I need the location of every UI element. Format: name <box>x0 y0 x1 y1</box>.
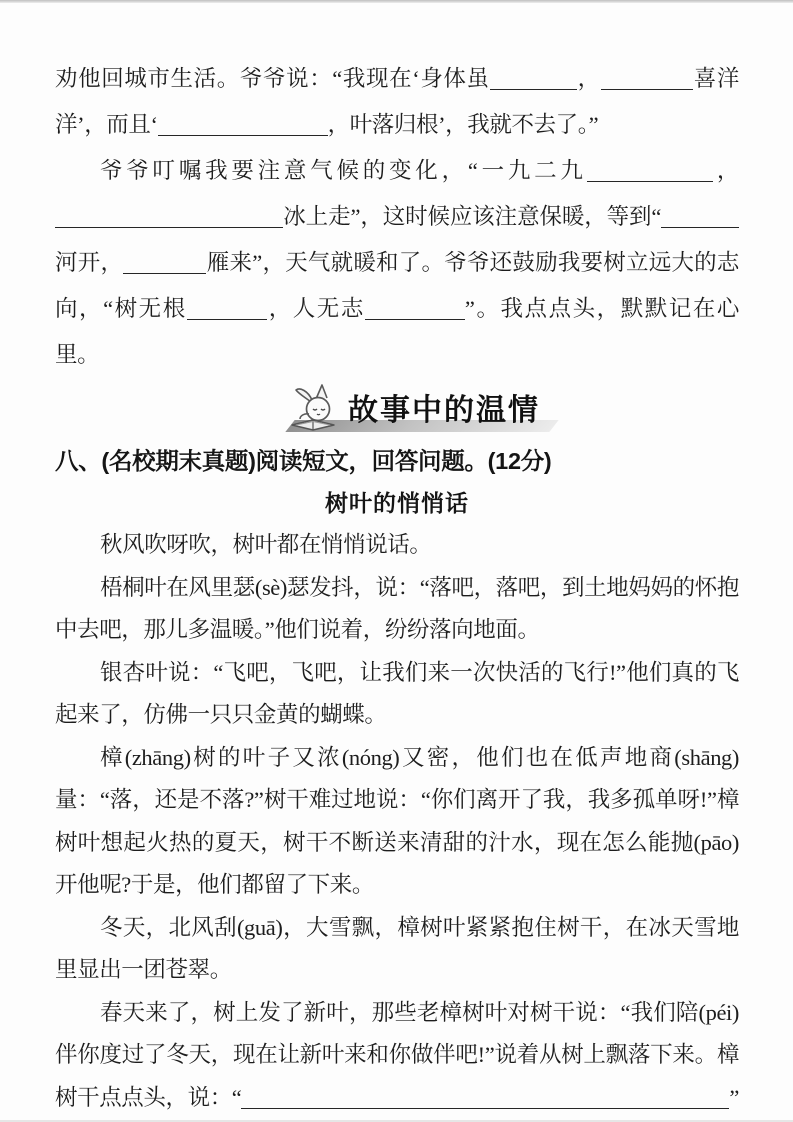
text-run: 河开， <box>55 250 123 275</box>
text-paragraph: 樟(zhāng)树的叶子又浓(nóng)又密，他们也在低声地商(shāng)量：… <box>55 737 739 907</box>
blank-underline <box>241 1106 729 1109</box>
text-paragraph: 春天来了，树上发了新叶，那些老樟树叶对树干说：“我们陪(péi)伴你度过了冬天，… <box>55 992 739 1120</box>
blank-underline <box>365 317 465 320</box>
text-paragraph: 劝他回城市生活。爷爷说：“我现在‘身体虽，喜洋洋’，而且‘，叶落归根’，我就不去… <box>55 56 739 148</box>
text-run: 爷爷叮嘱我要注意气候的变化，“一九二九 <box>100 158 587 183</box>
text-run: 梧桐叶在风里瑟(sè)瑟发抖，说：“落吧，落吧，到土地妈妈的怀抱中去吧，那儿多温… <box>55 575 739 643</box>
reading-passage-section: 秋风吹呀吹，树叶都在悄悄说话。梧桐叶在风里瑟(sè)瑟发抖，说：“落吧，落吧，到… <box>55 524 739 1119</box>
passage-title: 树叶的悄悄话 <box>55 488 739 518</box>
blank-underline <box>601 87 693 90</box>
fill-in-blank-section: 劝他回城市生活。爷爷说：“我现在‘身体虽，喜洋洋’，而且‘，叶落归根’，我就不去… <box>55 0 739 378</box>
text-run: ， <box>577 66 601 91</box>
worksheet-page: 劝他回城市生活。爷爷说：“我现在‘身体虽，喜洋洋’，而且‘，叶落归根’，我就不去… <box>0 0 793 1122</box>
text-paragraph: 秋风吹呀吹，树叶都在悄悄说话。 <box>55 524 739 567</box>
text-run: ，叶落归根’，我就不去了。” <box>328 112 599 137</box>
section-banner-inner: 故事中的温情 <box>282 383 540 435</box>
text-run: 冰上走”，这时候应该注意保暖，等到“ <box>283 204 661 229</box>
question-heading: 八、(名校期末真题)阅读短文，回答问题。(12分) <box>55 445 739 477</box>
text-run: ” <box>729 1085 739 1110</box>
text-run: 秋风吹呀吹，树叶都在悄悄说话。 <box>100 532 432 557</box>
blank-underline <box>490 87 577 90</box>
text-paragraph: 冬天，北风刮(guā)，大雪飘，樟树叶紧紧抱住树干，在冰天雪地里显出一团苍翠。 <box>55 907 739 992</box>
text-paragraph: 银杏叶说：“飞吧，飞吧，让我们来一次快活的飞行!”他们真的飞起来了，仿佛一只只金… <box>55 652 739 737</box>
blank-underline <box>123 271 206 274</box>
text-paragraph: 梧桐叶在风里瑟(sè)瑟发抖，说：“落吧，落吧，到土地妈妈的怀抱中去吧，那儿多温… <box>55 567 739 652</box>
text-run: 银杏叶说：“飞吧，飞吧，让我们来一次快活的飞行!”他们真的飞起来了，仿佛一只只金… <box>55 660 739 728</box>
text-run: 劝他回城市生活。爷爷说：“我现在‘身体虽 <box>55 66 490 91</box>
page-content: 劝他回城市生活。爷爷说：“我现在‘身体虽，喜洋洋’，而且‘，叶落归根’，我就不去… <box>55 0 739 1119</box>
blank-underline <box>55 225 283 228</box>
text-paragraph: 爷爷叮嘱我要注意气候的变化，“一九二九，冰上走”，这时候应该注意保暖，等到“河开… <box>55 148 739 378</box>
section-banner: 故事中的温情 <box>69 382 753 436</box>
blank-underline <box>187 317 267 320</box>
section-banner-title: 故事中的温情 <box>348 385 540 435</box>
text-run: 冬天，北风刮(guā)，大雪飘，樟树叶紧紧抱住树干，在冰天雪地里显出一团苍翠。 <box>55 915 739 983</box>
text-run: ， <box>713 158 739 183</box>
text-run: 春天来了，树上发了新叶，那些老樟树叶对树干说：“我们陪(péi)伴你度过了冬天，… <box>55 1000 739 1110</box>
rabbit-reading-icon <box>282 383 344 435</box>
blank-underline <box>158 133 328 136</box>
text-run: 樟(zhāng)树的叶子又浓(nóng)又密，他们也在低声地商(shāng)量：… <box>55 745 739 898</box>
blank-underline <box>587 179 713 182</box>
blank-underline <box>661 225 739 228</box>
text-run: ，人无志 <box>267 296 365 321</box>
